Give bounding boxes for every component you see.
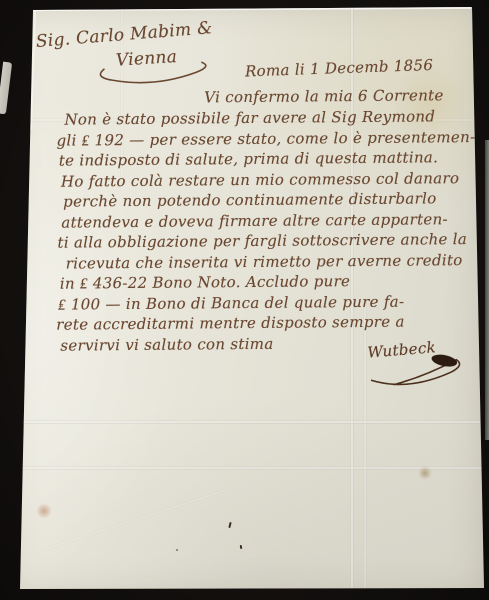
signature-flourish <box>366 349 473 395</box>
adjacent-paper-edge-left <box>0 62 12 115</box>
salutation-line: Vi confermo la mia 6 Corrente <box>204 86 444 106</box>
dateline: Roma li 1 Decemb 1856 <box>245 56 434 81</box>
letter-line: rete accreditarmi mentre disposto sempre… <box>56 311 458 335</box>
handwritten-letter: Sig. Carlo Mabim & Vienna Roma li 1 Dece… <box>0 0 489 600</box>
letter-line: ricevuta che inserita vi rimetto per ave… <box>66 250 458 274</box>
letter-line: ti alla obbligazione per fargli sottoscr… <box>57 229 457 253</box>
letter-line: perchè non potendo continuamente disturb… <box>63 188 457 212</box>
signature: Wutbeck <box>367 334 475 394</box>
recipient-name: Sig. Carlo Mabim & <box>35 18 213 52</box>
letter-line: Non è stato possibile far avere al Sig R… <box>64 106 456 130</box>
letter-line: te indisposto di salute, prima di questa… <box>59 147 457 171</box>
underline-flourish <box>90 60 218 85</box>
adjacent-paper-edge-right <box>485 140 489 440</box>
letter-body: Non è stato possibile far avere al Sig R… <box>54 106 458 355</box>
letter-paper: Sig. Carlo Mabim & Vienna Roma li 1 Dece… <box>0 0 489 600</box>
photo-background: Sig. Carlo Mabim & Vienna Roma li 1 Dece… <box>0 0 489 600</box>
